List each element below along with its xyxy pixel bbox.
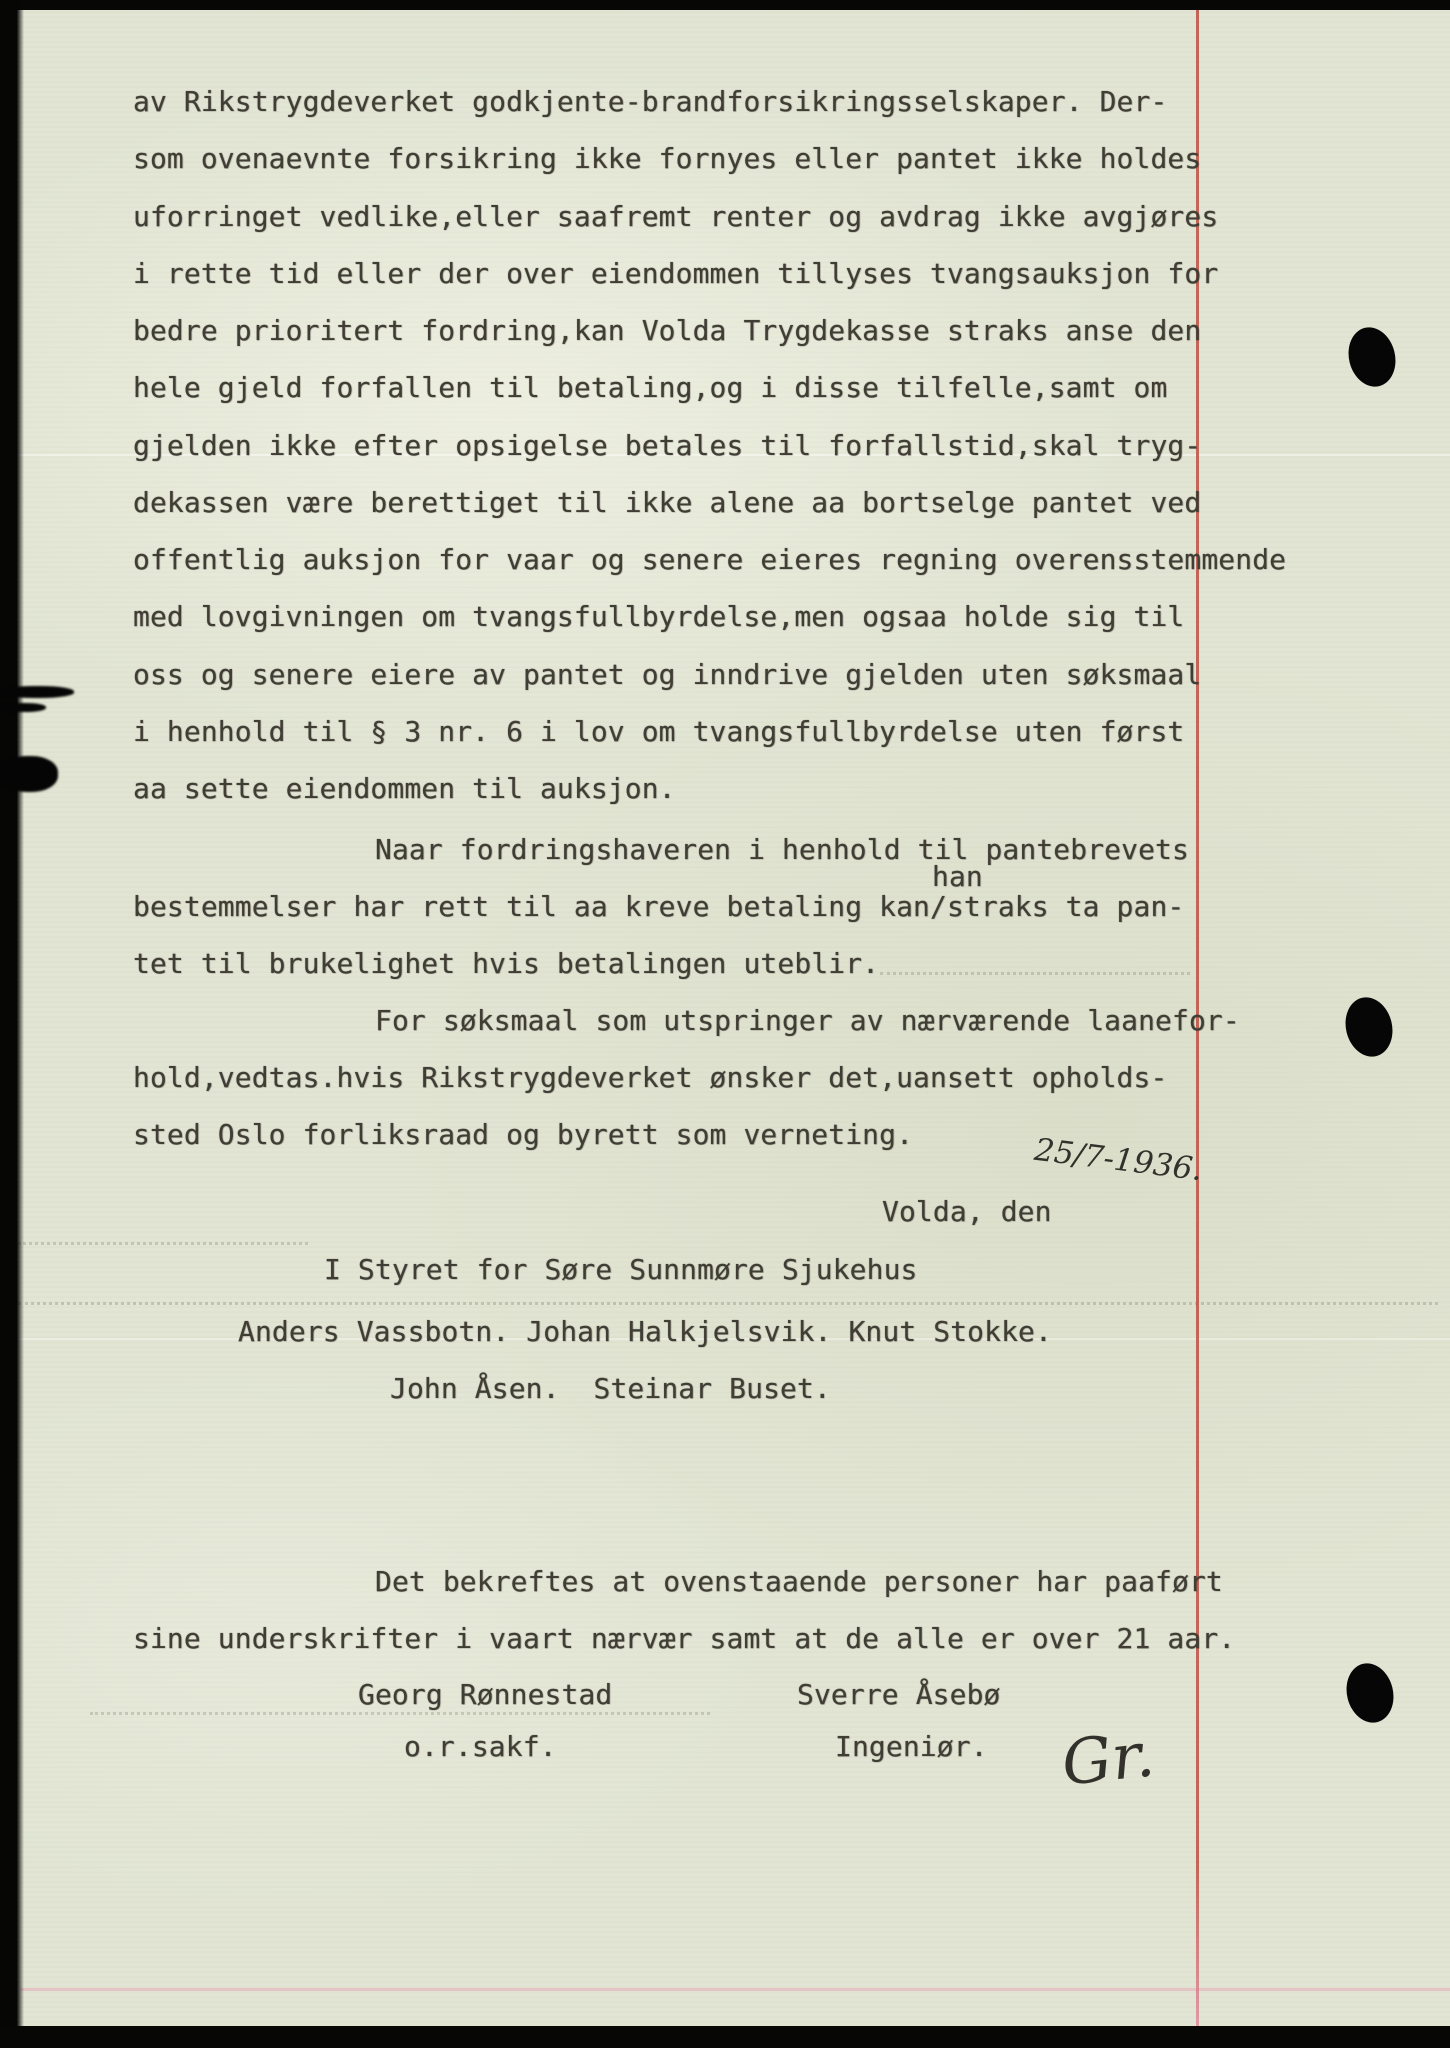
typed-line-para1-8: dekassen være berettiget til ikke alene … xyxy=(133,486,1201,520)
typed-line-para1-10: med lovgivningen om tvangsfullbyrdelse,m… xyxy=(133,600,1184,634)
typed-attestation-1: Det bekreftes at ovenstaaende personer h… xyxy=(375,1565,1223,1599)
scan-edge-left xyxy=(0,0,24,2048)
typed-line-para1-4: i rette tid eller der over eiendommen ti… xyxy=(133,257,1218,291)
typed-line-para1-5: bedre prioritert fordring,kan Volda Tryg… xyxy=(133,314,1201,348)
typed-line-para2-1: Naar fordringshaveren i henhold til pant… xyxy=(375,833,1189,867)
typed-line-para1-12: i henhold til § 3 nr. 6 i lov om tvangsf… xyxy=(133,715,1184,749)
scan-edge-top xyxy=(0,0,1450,10)
typed-line-para1-7: gjelden ikke efter opsigelse betales til… xyxy=(133,429,1201,463)
scan-artifact-mark xyxy=(0,686,74,698)
typed-line-para1-9: offentlig auksjon for vaar og senere eie… xyxy=(133,543,1286,577)
typed-dateline: Volda, den xyxy=(882,1195,1052,1229)
scan-edge-bottom xyxy=(0,2026,1450,2048)
scan-artifact-mark xyxy=(0,703,46,712)
dotted-rule xyxy=(880,972,1190,975)
typed-line-para3-1: For søksmaal som utspringer av nærværend… xyxy=(375,1004,1240,1038)
typed-line-para3-2: hold,vedtas.hvis Rikstrygdeverket ønsker… xyxy=(133,1061,1167,1095)
interlinear-insertion-han: han xyxy=(932,860,983,894)
typed-witness1-name: Georg Rønnestad xyxy=(358,1678,612,1712)
typed-line-para1-11: oss og senere eiere av pantet og inndriv… xyxy=(133,658,1201,692)
scan-artifact-mark xyxy=(0,756,58,792)
typed-witness2-name: Sverre Åsebø xyxy=(797,1678,1001,1712)
handwritten-initials: Gr. xyxy=(1058,1717,1157,1799)
typed-line-para1-6: hele gjeld forfallen til betaling,og i d… xyxy=(133,371,1167,405)
dotted-rule xyxy=(18,1302,1438,1305)
typed-signature-row2: John Åsen. Steinar Buset. xyxy=(390,1372,831,1406)
dotted-rule xyxy=(18,1242,308,1245)
scanned-document-page: av Rikstrygdeverket godkjente-brandforsi… xyxy=(0,0,1450,2048)
typed-signature-row1: Anders Vassbotn. Johan Halkjelsvik. Knut… xyxy=(238,1315,1052,1349)
typed-signature-heading: I Styret for Søre Sunnmøre Sjukehus xyxy=(324,1253,918,1287)
typed-line-para1-2: som ovenaevnte forsikring ikke fornyes e… xyxy=(133,142,1201,176)
typed-line-para1-13: aa sette eiendommen til auksjon. xyxy=(133,772,676,806)
paper-ruling-pink-line xyxy=(20,1988,1450,1991)
typed-witness1-title: o.r.sakf. xyxy=(404,1730,557,1764)
typed-line-para1-3: uforringet vedlike,eller saafremt renter… xyxy=(133,200,1218,234)
typed-attestation-2: sine underskrifter i vaart nærvær samt a… xyxy=(133,1622,1235,1656)
typed-line-para3-3: sted Oslo forliksraad og byrett som vern… xyxy=(133,1118,913,1152)
typed-line-para2-3: tet til brukelighet hvis betalingen uteb… xyxy=(133,947,879,981)
typed-witness2-title: Ingeniør. xyxy=(835,1730,988,1764)
typed-line-para1-1: av Rikstrygdeverket godkjente-brandforsi… xyxy=(133,85,1167,119)
typed-line-para2-2: bestemmelser har rett til aa kreve betal… xyxy=(133,890,1184,924)
dotted-rule xyxy=(90,1712,710,1715)
